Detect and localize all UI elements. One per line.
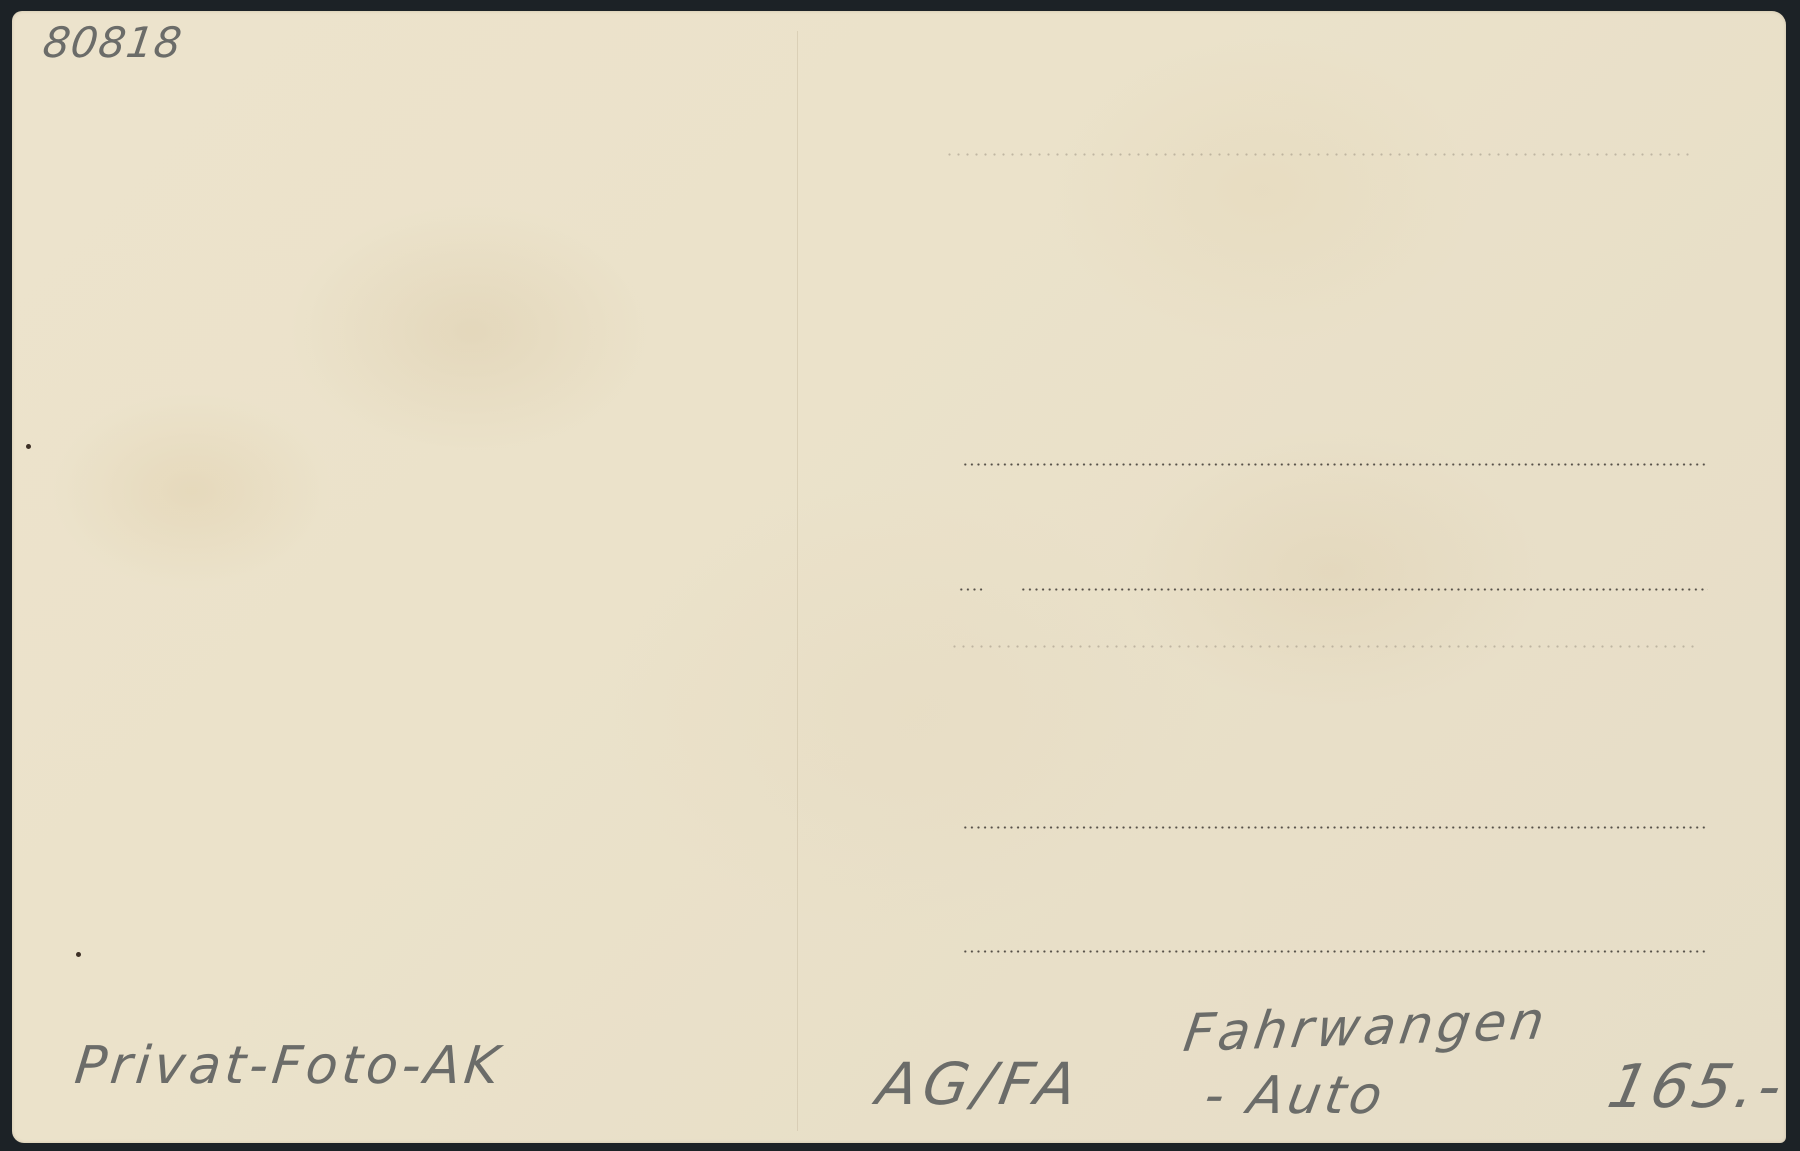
address-line-1 <box>962 463 1707 466</box>
catalog-number: 80818 <box>40 18 185 67</box>
paper-speck <box>26 444 31 449</box>
address-line-4 <box>962 950 1708 953</box>
address-line-2 <box>1020 588 1708 591</box>
address-line-3 <box>962 826 1708 829</box>
center-divider <box>797 31 798 1131</box>
show-through-line <box>945 153 1690 156</box>
paper-brand-note: AG/FA <box>872 1050 1088 1118</box>
postcard-back <box>12 11 1786 1143</box>
paper-speck <box>76 952 81 957</box>
price-note: 165.- <box>1602 1052 1792 1122</box>
address-line-2 <box>958 588 986 591</box>
show-through-line <box>950 645 1700 648</box>
postcard-scan: 80818 Privat-Foto-AK AG/FA Fahrwangen - … <box>0 0 1800 1151</box>
subject-note: - Auto <box>1200 1066 1391 1126</box>
category-note: Privat-Foto-AK <box>72 1036 506 1096</box>
